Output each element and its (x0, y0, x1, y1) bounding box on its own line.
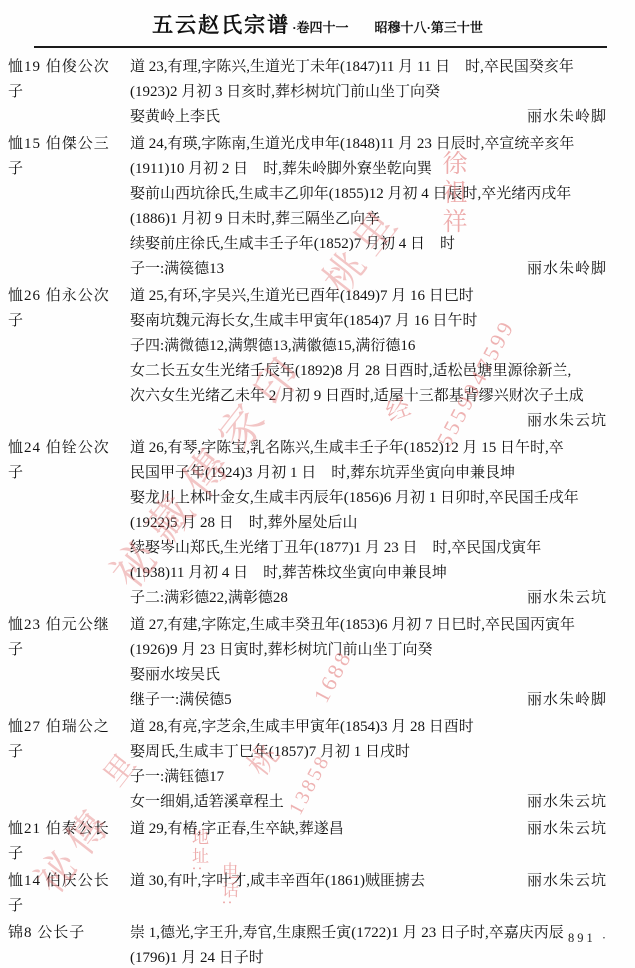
entry-line: 道 26,有琴,字陈宝,乳名陈兴,生咸丰壬子年(1852)12 月 15 日午时… (130, 436, 607, 461)
entry-content: 丽水朱云坑道 29,有椿,字正春,生卒缺,葬遂昌 (130, 817, 607, 867)
page-number: · 891 · (555, 931, 609, 946)
entry-line: 丽水朱岭脚继子一:满侯德5 (130, 688, 607, 713)
line-text: 娶南坑魏元海长女,生咸丰甲寅年(1854)7 月 16 日午时 (130, 313, 478, 329)
genealogy-entry: 恤27 伯瑞公之子道 28,有亮,字芝余,生咸丰甲寅年(1854)3 月 28 … (8, 715, 607, 815)
entry-line: (1938)11 月初 4 日 时,葬苦株坟坐寅向申兼艮坤 (130, 561, 607, 586)
residence-label: 丽水朱岭脚 (527, 105, 607, 130)
line-text: (1923)2 月初 3 日亥时,葬杉树坑门前山坐丁向癸 (130, 84, 440, 100)
line-text: 崇 1,德光,字王升,寿官,生康熙壬寅(1722)1 月 23 日子时,卒嘉庆丙… (130, 925, 564, 941)
entry-line: 崇 1,德光,字王升,寿官,生康熙壬寅(1722)1 月 23 日子时,卒嘉庆丙… (130, 921, 607, 946)
line-text: 娶前山西坑徐氏,生咸丰乙卯年(1855)12 月初 4 日辰时,卒光绪丙戌年 (130, 186, 571, 202)
entry-content: 道 28,有亮,字芝余,生咸丰甲寅年(1854)3 月 28 日酉时娶周氏,生咸… (130, 715, 607, 815)
entry-label: 恤27 伯瑞公之子 (8, 715, 114, 815)
line-text: (1922)5 月 28 日 时,葬外屋处后山 (130, 515, 358, 531)
line-text: (1926)9 月 23 日寅时,葬杉树坑门前山坐丁向癸 (130, 642, 433, 658)
genealogy-entry: 恤24 伯铨公次子道 26,有琴,字陈宝,乳名陈兴,生咸丰壬子年(1852)12… (8, 436, 607, 611)
line-text: 道 28,有亮,字芝余,生咸丰甲寅年(1854)3 月 28 日酉时 (130, 719, 474, 735)
entry-line: 道 28,有亮,字芝余,生咸丰甲寅年(1854)3 月 28 日酉时 (130, 715, 607, 740)
entry-line: 娶龙川上林叶金女,生咸丰丙辰年(1856)6 月初 1 日卯时,卒民国壬戌年 (130, 486, 607, 511)
residence-label: 丽水朱云坑 (527, 586, 607, 611)
entry-content: 崇 1,德光,字王升,寿官,生康熙壬寅(1722)1 月 23 日子时,卒嘉庆丙… (130, 921, 607, 968)
line-text: 子四:满微德12,满禦德13,满徽德15,满衍德16 (130, 338, 415, 354)
genealogy-entry: 恤15 伯傑公三子道 24,有瑛,字陈南,生道光戊申年(1848)11 月 23… (8, 132, 607, 282)
genealogy-entry: 恤21 伯泰公长子丽水朱云坑道 29,有椿,字正春,生卒缺,葬遂昌 (8, 817, 607, 867)
entry-line: 丽水朱岭脚娶黄岭上李氏 (130, 105, 607, 130)
entry-line: 丽水朱云坑 (130, 409, 607, 434)
line-text: 道 30,有叶,字叶才,咸丰辛酉年(1861)贼匪掳去 (130, 873, 425, 889)
entry-line: 丽水朱云坑道 29,有椿,字正春,生卒缺,葬遂昌 (130, 817, 607, 842)
residence-label: 丽水朱岭脚 (527, 257, 607, 282)
entry-line: 娶周氏,生咸丰丁巳年(1857)7 月初 1 日戌时 (130, 740, 607, 765)
entry-line: (1923)2 月初 3 日亥时,葬杉树坑门前山坐丁向癸 (130, 80, 607, 105)
entry-label: 恤23 伯元公继子 (8, 613, 114, 713)
line-text: 娶龙川上林叶金女,生咸丰丙辰年(1856)6 月初 1 日卯时,卒民国壬戌年 (130, 490, 579, 506)
entry-line: 娶前山西坑徐氏,生咸丰乙卯年(1855)12 月初 4 日辰时,卒光绪丙戌年 (130, 182, 607, 207)
line-text: 道 29,有椿,字正春,生卒缺,葬遂昌 (130, 821, 344, 837)
entry-line: 女二长五女生光绪壬辰年(1892)8 月 28 日酉时,适松邑塘里源徐新兰, (130, 359, 607, 384)
entry-content: 道 25,有环,字吴兴,生道光已酉年(1849)7 月 16 日巳时娶南坑魏元海… (130, 284, 607, 434)
line-text: 女二长五女生光绪壬辰年(1892)8 月 28 日酉时,适松邑塘里源徐新兰, (130, 363, 571, 379)
genealogy-entry: 恤19 伯俊公次子道 23,有理,字陈兴,生道光丁未年(1847)11 月 11… (8, 55, 607, 130)
generation-label: 昭穆十八·第三十世 (375, 20, 483, 35)
entry-label: 恤19 伯俊公次子 (8, 55, 114, 130)
residence-label: 丽水朱云坑 (527, 869, 607, 894)
entry-line: 续娶岑山郑氏,生光绪丁丑年(1877)1 月 23 日 时,卒民国戊寅年 (130, 536, 607, 561)
volume-label: ·卷四十一 (292, 20, 348, 35)
residence-label: 丽水朱云坑 (527, 817, 607, 842)
genealogy-entry: 恤26 伯永公次子道 25,有环,字吴兴,生道光已酉年(1849)7 月 16 … (8, 284, 607, 434)
line-text: 道 26,有琴,字陈宝,乳名陈兴,生咸丰壬子年(1852)12 月 15 日午时… (130, 440, 564, 456)
entry-line: 丽水朱岭脚子一:满篌德13 (130, 257, 607, 282)
entry-line: (1922)5 月 28 日 时,葬外屋处后山 (130, 511, 607, 536)
entry-line: (1796)1 月 24 日子时 (130, 946, 607, 968)
entry-label: 恤14 伯庆公长子 (8, 869, 114, 919)
line-text: 续娶前庄徐氏,生咸丰壬子年(1852)7 月初 4 日 时 (130, 236, 455, 252)
entry-label: 恤24 伯铨公次子 (8, 436, 114, 611)
line-text: 续娶岑山郑氏,生光绪丁丑年(1877)1 月 23 日 时,卒民国戊寅年 (130, 540, 541, 556)
entry-line: 民国甲子年(1924)3 月初 1 日 时,葬东坑弄坐寅向申兼艮坤 (130, 461, 607, 486)
entry-line: 道 24,有瑛,字陈南,生道光戊申年(1848)11 月 23 日辰时,卒宣统辛… (130, 132, 607, 157)
entry-content: 道 24,有瑛,字陈南,生道光戊申年(1848)11 月 23 日辰时,卒宣统辛… (130, 132, 607, 282)
entry-label: 恤26 伯永公次子 (8, 284, 114, 434)
residence-label: 丽水朱云坑 (527, 409, 607, 434)
entry-line: 子一:满钰德17 (130, 765, 607, 790)
entry-line: (1911)10 月初 2 日 时,葬朱岭脚外寮坐乾向巽 (130, 157, 607, 182)
entry-line: 丽水朱云坑子二:满彩德22,满彰德28 (130, 586, 607, 611)
line-text: 子一:满篌德13 (130, 261, 224, 277)
entries: 恤19 伯俊公次子道 23,有理,字陈兴,生道光丁未年(1847)11 月 11… (0, 53, 635, 968)
line-text: 娶丽水垵吴氏 (130, 667, 220, 683)
entry-line: 娶丽水垵吴氏 (130, 663, 607, 688)
line-text: (1938)11 月初 4 日 时,葬苦株坟坐寅向申兼艮坤 (130, 565, 447, 581)
entry-content: 丽水朱云坑道 30,有叶,字叶才,咸丰辛酉年(1861)贼匪掳去 (130, 869, 607, 919)
line-text: 娶周氏,生咸丰丁巳年(1857)7 月初 1 日戌时 (130, 744, 410, 760)
residence-label: 丽水朱岭脚 (527, 688, 607, 713)
genealogy-entry: 锦8 公长子崇 1,德光,字王升,寿官,生康熙壬寅(1722)1 月 23 日子… (8, 921, 607, 968)
genealogy-entry: 恤14 伯庆公长子丽水朱云坑道 30,有叶,字叶才,咸丰辛酉年(1861)贼匪掳… (8, 869, 607, 919)
page-header: 五云赵氏宗谱·卷四十一昭穆十八·第三十世 (0, 0, 635, 39)
line-text: 次六女生光绪乙未年 2 月初 9 日酉时,适屋十三都基背缪兴财次子土成 (130, 388, 584, 404)
entry-line: 丽水朱云坑道 30,有叶,字叶才,咸丰辛酉年(1861)贼匪掳去 (130, 869, 607, 894)
genealogy-entry: 恤23 伯元公继子道 27,有建,字陈定,生咸丰癸丑年(1853)6 月初 7 … (8, 613, 607, 713)
entry-line: 次六女生光绪乙未年 2 月初 9 日酉时,适屋十三都基背缪兴财次子土成 (130, 384, 607, 409)
entry-line: 丽水朱云坑女一细娟,适箬溪章程土 (130, 790, 607, 815)
line-text: (1911)10 月初 2 日 时,葬朱岭脚外寮坐乾向巽 (130, 161, 432, 177)
residence-label: 丽水朱云坑 (527, 790, 607, 815)
line-text: (1796)1 月 24 日子时 (130, 950, 264, 966)
entry-line: 道 25,有环,字吴兴,生道光已酉年(1849)7 月 16 日巳时 (130, 284, 607, 309)
line-text: 道 23,有理,字陈兴,生道光丁未年(1847)11 月 11 日 时,卒民国癸… (130, 59, 574, 75)
line-text: 民国甲子年(1924)3 月初 1 日 时,葬东坑弄坐寅向申兼艮坤 (130, 465, 515, 481)
entry-label: 恤15 伯傑公三子 (8, 132, 114, 282)
header-rule (34, 46, 607, 48)
entry-content: 道 27,有建,字陈定,生咸丰癸丑年(1853)6 月初 7 日巳时,卒民国丙寅… (130, 613, 607, 713)
line-text: (1886)1 月初 9 日未时,葬三隔坐乙向辛 (130, 211, 380, 227)
entry-line: (1926)9 月 23 日寅时,葬杉树坑门前山坐丁向癸 (130, 638, 607, 663)
entry-line: 子四:满微德12,满禦德13,满徽德15,满衍德16 (130, 334, 607, 359)
entry-content: 道 23,有理,字陈兴,生道光丁未年(1847)11 月 11 日 时,卒民国癸… (130, 55, 607, 130)
line-text: 子二:满彩德22,满彰德28 (130, 590, 288, 606)
entry-line: 娶南坑魏元海长女,生咸丰甲寅年(1854)7 月 16 日午时 (130, 309, 607, 334)
entry-line: 续娶前庄徐氏,生咸丰壬子年(1852)7 月初 4 日 时 (130, 232, 607, 257)
line-text: 道 25,有环,字吴兴,生道光已酉年(1849)7 月 16 日巳时 (130, 288, 474, 304)
line-text: 子一:满钰德17 (130, 769, 224, 785)
entry-label: 锦8 公长子 (8, 921, 114, 968)
line-text: 女一细娟,适箬溪章程土 (130, 794, 284, 810)
line-text: 娶黄岭上李氏 (130, 109, 220, 125)
line-text: 继子一:满侯德5 (130, 692, 232, 708)
entry-line: 道 27,有建,字陈定,生咸丰癸丑年(1853)6 月初 7 日巳时,卒民国丙寅… (130, 613, 607, 638)
genealogy-page: 五云赵氏宗谱·卷四十一昭穆十八·第三十世 恤19 伯俊公次子道 23,有理,字陈… (0, 0, 635, 968)
line-text: 道 24,有瑛,字陈南,生道光戊申年(1848)11 月 23 日辰时,卒宣统辛… (130, 136, 574, 152)
entry-line: 道 23,有理,字陈兴,生道光丁未年(1847)11 月 11 日 时,卒民国癸… (130, 55, 607, 80)
entry-line: (1886)1 月初 9 日未时,葬三隔坐乙向辛 (130, 207, 607, 232)
entry-label: 恤21 伯泰公长子 (8, 817, 114, 867)
line-text: 道 27,有建,字陈定,生咸丰癸丑年(1853)6 月初 7 日巳时,卒民国丙寅… (130, 617, 575, 633)
entry-content: 道 26,有琴,字陈宝,乳名陈兴,生咸丰壬子年(1852)12 月 15 日午时… (130, 436, 607, 611)
genealogy-title: 五云赵氏宗谱 (152, 13, 290, 37)
